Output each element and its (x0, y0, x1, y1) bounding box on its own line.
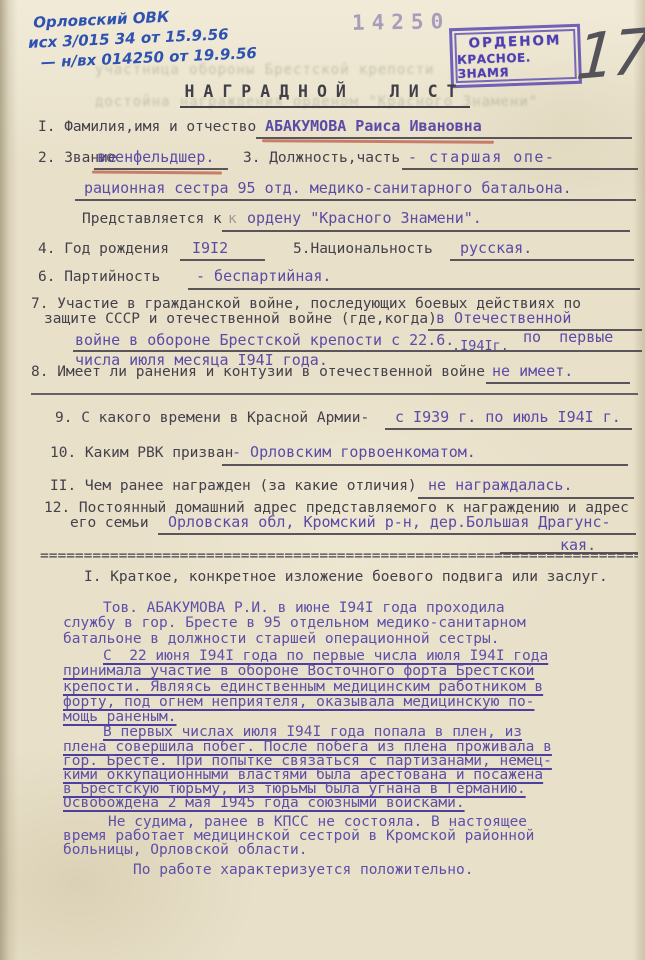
field-8-label: 8. Имеет ли ранения и контузии в отечест… (31, 364, 485, 380)
field-3-value-cont: рационная сестра 95 отд. медико-санитарн… (84, 179, 572, 197)
field-7-label-cont: защите СССР и отечественной войне (где,к… (44, 311, 437, 327)
field-11-value: не награждалась. (428, 476, 573, 494)
narrative-line: батальоне в должности старшей операционн… (63, 631, 500, 647)
double-dashed-divider: ========================================… (40, 548, 638, 564)
field-11-label: II. Чем ранее награжден (за какие отличи… (50, 478, 417, 494)
blank-line (486, 382, 630, 384)
blank-line (180, 259, 265, 261)
narrative-line: больницы, Орловской области. (63, 842, 307, 858)
field-8-value: не имеет. (492, 362, 573, 380)
field-3-label: 3. Должность,часть (243, 150, 400, 166)
field-2-value: военфельдшер. (97, 148, 214, 166)
blank-line (222, 464, 628, 466)
field-10-label: 10. Каким РВК призван (50, 445, 233, 461)
field-4-value: I9I2 (192, 239, 228, 257)
handwritten-registry-note: Орловский ОВК исх 3/015 34 от 15.9.56 — … (25, 3, 258, 73)
document-title: НАГРАДНОЙ ЛИСТ (180, 82, 470, 108)
field-7-value: в Отечественной (436, 309, 571, 327)
field-12-value: Орловская обл, Кромский р-н, дер.Большая… (168, 513, 611, 531)
field-6-value: - беспартийная. (196, 267, 331, 285)
field-1-value: АБАКУМОВА Раиса Ивановна (265, 117, 482, 135)
document-page: участница обороны Брестской крепости дос… (0, 0, 645, 960)
narrative-line-underlined: В первых числах июля I94I года попала в … (63, 724, 522, 740)
order-stamp-frame: ОРДЕНОМ КРАСНОЕ. ЗНАМЯ (454, 29, 577, 83)
field-presented-label: Представляется к (82, 211, 222, 227)
field-7-value-cont: по первые (523, 328, 613, 346)
blank-line (222, 230, 630, 232)
narrative-line: По работе характеризуется положительно. (63, 862, 473, 878)
narrative-line-underlined: форту, под огнем неприятеля, оказывала м… (63, 694, 534, 710)
field-9-label: 9. С какого времени в Красной Армии- (55, 410, 369, 426)
field-5-value: русская. (460, 239, 532, 257)
blank-line (94, 168, 228, 170)
blank-line (158, 533, 636, 535)
narrative-line-underlined: Освобождена 2 мая I945 года союзными вой… (63, 795, 465, 811)
field-6-label: 6. Партийность (38, 269, 160, 285)
field-4-label: 4. Год рождения (38, 241, 169, 257)
handwritten-page-number: 178 (574, 11, 645, 94)
blank-line (450, 259, 634, 261)
field-presented-struck-char: к (228, 211, 237, 227)
section-heading: I. Краткое, конкретное изложение боевого… (84, 569, 608, 585)
narrative-line: Тов. АБАКУМОВА Р.И. в июне I94I года про… (63, 600, 505, 616)
narrative-line-underlined: С 22 июня I94I года по первые числа июля… (63, 648, 548, 664)
blank-line (418, 497, 634, 499)
scanned-award-document: { "annotations": { "note_line1": "Орловс… (0, 0, 645, 960)
field-7-value-cont: войне в обороне Брестской крепости с 22.… (75, 331, 454, 349)
order-stamp: ОРДЕНОМ КРАСНОЕ. ЗНАМЯ (449, 24, 582, 89)
narrative-line-underlined: принимала участие в обороне Восточного ф… (63, 663, 534, 679)
blank-line (188, 288, 640, 290)
narrative-line-underlined: крепости. Являясь единственным медицинск… (63, 679, 543, 695)
field-presented-value: ордену "Красного Знамени". (247, 209, 482, 227)
blank-line (75, 199, 636, 201)
horizontal-rule (31, 393, 638, 395)
field-5-label: 5.Национальность (293, 241, 433, 257)
field-3-value: - старшая опе- (408, 148, 555, 166)
red-pencil-underline (92, 171, 222, 175)
field-1-label: I. Фамилия,имя и отчество (38, 119, 256, 135)
stamp-text-line: КРАСНОЕ. ЗНАМЯ (457, 48, 575, 80)
blank-line (402, 168, 638, 170)
narrative-line: службу в гор. Бресте в 95 отдельном меди… (63, 615, 526, 631)
stamp-text-line: ОРДЕНОМ (468, 32, 561, 51)
narrative-line-underlined: мощь раненым. (63, 709, 177, 725)
red-pencil-underline (262, 139, 494, 144)
blank-line (385, 428, 632, 430)
field-10-value: - Орловским горвоенкоматом. (232, 443, 476, 461)
field-12-label-cont: его семьи (70, 515, 149, 531)
stamped-registry-number: 14250 (352, 9, 451, 35)
field-9-value: с I939 г. по июль I94I г. (395, 408, 621, 426)
